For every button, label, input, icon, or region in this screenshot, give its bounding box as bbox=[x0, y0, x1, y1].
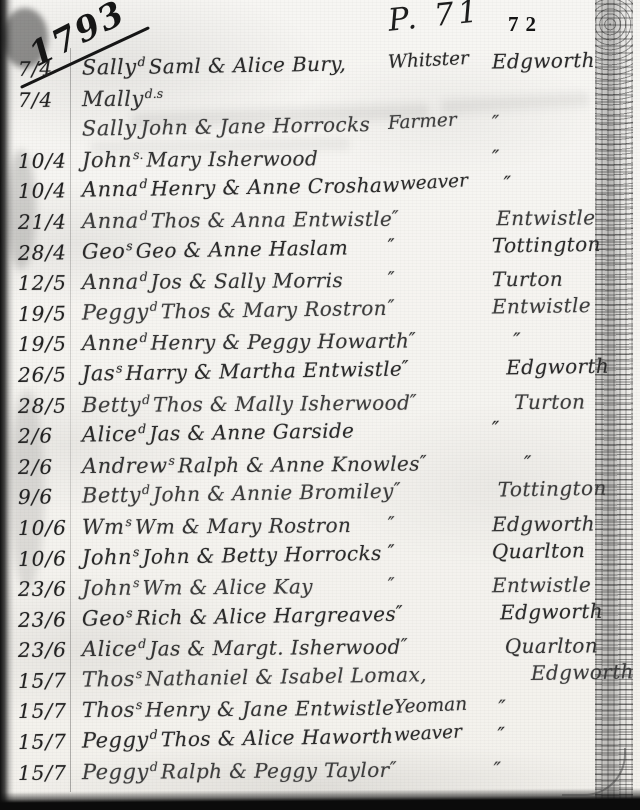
entry-names: AndrewsRalph & Anne Knowles bbox=[82, 451, 420, 478]
entry-names: PeggydThos & Mary Rostron bbox=[82, 295, 388, 324]
entry-names: BettydJohn & Annie Bromiley bbox=[82, 478, 394, 508]
place-name: Turton bbox=[492, 266, 604, 291]
place-name: Entwistle bbox=[496, 205, 608, 230]
place-name: ″ bbox=[492, 144, 604, 169]
occupation: ″ bbox=[387, 536, 492, 562]
place-name: Edgworth bbox=[506, 353, 618, 379]
entry-date: 23/6 bbox=[18, 606, 82, 631]
place-name: ″ bbox=[498, 694, 610, 719]
parents-names: Henry & Peggy Howarth bbox=[151, 329, 410, 355]
parents-names: Mary Isherwood bbox=[146, 146, 318, 171]
parents-names: Thos & Anna Entwistle bbox=[151, 207, 393, 233]
parents-names: John & Annie Bromiley bbox=[153, 479, 394, 507]
entry-names: AnnadThos & Anna Entwistle bbox=[82, 206, 392, 233]
child-name: John bbox=[82, 576, 132, 600]
child-name: Thos bbox=[82, 698, 135, 722]
parents-names: Geo & Anne Haslam bbox=[136, 235, 349, 262]
entry-date: 19/5 bbox=[18, 331, 82, 356]
entry-names: GeosGeo & Anne Haslam bbox=[82, 234, 388, 263]
handwritten-page-label: P. 71 bbox=[386, 0, 483, 39]
entry-date: 2/6 bbox=[18, 423, 82, 448]
entry-date: 10/4 bbox=[18, 178, 82, 203]
child-name: Geo bbox=[82, 239, 126, 264]
place-name: Quarlton bbox=[492, 537, 604, 563]
parents-names: Ralph & Peggy Taylor bbox=[161, 757, 390, 783]
relation-tag: d bbox=[150, 759, 158, 774]
place-name: Edgworth bbox=[492, 511, 604, 536]
register-entries: 7/4 SallydSaml & Alice Bury, Whitster Ed… bbox=[18, 56, 604, 790]
entry-date: 9/6 bbox=[18, 484, 82, 509]
place-name: Entwistle bbox=[492, 292, 604, 318]
parents-names: Saml & Alice Bury, bbox=[148, 52, 346, 79]
occupation: Farmer bbox=[387, 108, 492, 134]
place-name: ″ bbox=[504, 170, 616, 196]
child-name: Alice bbox=[82, 422, 138, 447]
entry-date: 7/4 bbox=[18, 87, 82, 112]
occupation bbox=[388, 158, 492, 162]
entry-date bbox=[18, 136, 82, 137]
parents-names: Henry & Jane Entwistle bbox=[145, 696, 394, 722]
child-name: Thos bbox=[82, 667, 135, 692]
entry-date: 15/7 bbox=[18, 729, 82, 754]
relation-tag: s bbox=[136, 697, 143, 712]
child-name: Anna bbox=[82, 177, 139, 202]
child-name: Sally bbox=[82, 55, 137, 80]
entry-date: 10/6 bbox=[18, 515, 82, 540]
occupation: Whitster bbox=[387, 46, 492, 72]
entry-names: BettydThos & Mally Isherwood bbox=[82, 389, 410, 416]
entry-date: 28/4 bbox=[18, 239, 82, 264]
entry-date: 2/6 bbox=[18, 454, 82, 479]
relation-tag: d bbox=[142, 482, 150, 497]
occupation: ″ bbox=[419, 448, 524, 473]
occupation: ″ bbox=[392, 203, 497, 228]
entry-date: 10/4 bbox=[18, 148, 82, 173]
scanned-register-page: 1793 P. 71 72 7/4 SallydSaml & Alice Bur… bbox=[0, 0, 640, 810]
entry-date: 15/7 bbox=[18, 760, 82, 785]
scan-left-edge-shadow bbox=[0, 0, 15, 810]
scan-bottom-black-band bbox=[0, 788, 640, 810]
parents-names: Harry & Martha Entwistle bbox=[125, 357, 402, 385]
entry-names: SallyJohn & Jane Horrocks bbox=[82, 111, 388, 140]
parents-names: Jos & Sally Morris bbox=[151, 268, 344, 294]
entry-names: JohnsJohn & Betty Horrocks bbox=[82, 540, 388, 569]
place-name: Edgworth bbox=[500, 598, 612, 624]
parents-names: Nathaniel & Isabel Lomax, bbox=[145, 662, 427, 690]
place-name: Entwistle bbox=[492, 572, 604, 597]
entry-names: Johns.Mary Isherwood bbox=[82, 145, 388, 172]
entry-names: JassHarry & Martha Entwistle bbox=[82, 356, 403, 386]
relation-tag: d bbox=[140, 208, 148, 223]
parents-names: Thos & Alice Haworth bbox=[161, 724, 394, 752]
occupation: ″ bbox=[388, 509, 493, 534]
occupation: Yeoman bbox=[394, 693, 499, 718]
entry-date: 10/6 bbox=[18, 545, 82, 570]
place-name: ″ bbox=[513, 327, 625, 352]
occupation: ″ bbox=[402, 352, 507, 378]
relation-tag: d bbox=[138, 636, 146, 651]
register-entry: 7/4 SallydSaml & Alice Bury, Whitster Ed… bbox=[18, 47, 604, 87]
child-name: Alice bbox=[82, 637, 137, 661]
place-name bbox=[492, 102, 604, 103]
relation-tag: d bbox=[150, 727, 158, 742]
entry-names: AnnedHenry & Peggy Howarth bbox=[82, 328, 409, 355]
occupation: ″ bbox=[389, 754, 494, 779]
place-name: Quarlton bbox=[505, 633, 617, 658]
parents-names: Rich & Alice Hargreaves bbox=[136, 601, 397, 629]
entry-date: 12/5 bbox=[18, 270, 82, 295]
entry-names: AlicedJas & Margt. Isherwood bbox=[82, 634, 401, 661]
child-name: Mally bbox=[82, 86, 144, 110]
entry-date: 28/5 bbox=[18, 393, 82, 418]
entry-date: 15/7 bbox=[18, 668, 82, 693]
child-name: John bbox=[82, 544, 132, 569]
relation-tag: s bbox=[125, 514, 132, 529]
parents-names: Henry & Anne Croshaw bbox=[151, 173, 400, 201]
entry-names: WmsWm & Mary Rostron bbox=[82, 512, 388, 539]
child-name: John bbox=[82, 148, 132, 172]
relation-tag: d bbox=[140, 269, 148, 284]
relation-tag: d bbox=[140, 330, 148, 345]
occupation: ″ bbox=[393, 475, 498, 501]
entry-date: 19/5 bbox=[18, 300, 82, 325]
entry-names: AnnadJos & Sally Morris bbox=[82, 267, 388, 294]
relation-tag: s bbox=[133, 544, 140, 559]
occupation: ″ bbox=[388, 570, 493, 595]
place-name: ″ bbox=[492, 109, 604, 135]
printed-page-number: 72 bbox=[508, 12, 543, 37]
place-name: ″ bbox=[492, 415, 604, 441]
child-name: Anna bbox=[82, 270, 139, 294]
entry-names: PeggydRalph & Peggy Taylor bbox=[82, 757, 390, 784]
child-name: Betty bbox=[82, 483, 141, 508]
relation-tag: s bbox=[126, 605, 133, 620]
relation-tag: d bbox=[137, 54, 145, 69]
occupation: ″ bbox=[410, 386, 515, 411]
entry-date: 23/6 bbox=[18, 576, 82, 601]
parents-names: Wm & Mary Rostron bbox=[135, 513, 352, 539]
occupation: ″ bbox=[400, 631, 505, 656]
relation-tag: d bbox=[138, 421, 146, 436]
relation-tag: s bbox=[126, 238, 133, 253]
child-name: Anna bbox=[82, 209, 139, 233]
relation-tag: s. bbox=[133, 147, 144, 162]
relation-tag: d.s bbox=[145, 85, 164, 100]
relation-tag: d bbox=[150, 299, 158, 314]
relation-tag: s bbox=[168, 452, 175, 467]
occupation: ″ bbox=[396, 597, 501, 623]
entry-names: PeggydThos & Alice Haworth bbox=[82, 723, 394, 753]
place-name: Tottington bbox=[498, 476, 610, 502]
relation-tag: s bbox=[133, 575, 140, 590]
relation-tag: d bbox=[142, 391, 150, 406]
relation-tag: d bbox=[139, 176, 147, 191]
parents-names: Wm & Alice Kay bbox=[142, 574, 313, 599]
entry-names: JohnsWm & Alice Kay bbox=[82, 573, 388, 600]
entry-names: AlicedJas & Anne Garside bbox=[82, 417, 388, 446]
occupation: ″ bbox=[387, 230, 492, 256]
parents-names: John & Jane Horrocks bbox=[140, 112, 370, 140]
occupation: ″ bbox=[388, 264, 493, 289]
child-name: Jas bbox=[82, 361, 116, 386]
occupation bbox=[427, 674, 531, 679]
occupation bbox=[388, 430, 492, 435]
place-name: Tottington bbox=[492, 231, 604, 257]
child-name: Peggy bbox=[82, 299, 149, 324]
entry-names: Mallyd.s bbox=[82, 84, 388, 111]
entry-names: ThossNathaniel & Isabel Lomax, bbox=[82, 661, 427, 691]
occupation: ″ bbox=[409, 325, 514, 350]
parents-names: Thos & Mary Rostron bbox=[161, 296, 388, 324]
place-name: Edgworth bbox=[531, 659, 640, 685]
occupation: ″ bbox=[387, 291, 492, 317]
entry-names: GeosRich & Alice Hargreaves bbox=[82, 601, 396, 631]
entry-names: AnnadHenry & Anne Croshaw bbox=[82, 172, 400, 202]
place-name: Turton bbox=[514, 388, 626, 413]
place-name: ″ bbox=[497, 720, 609, 746]
occupation: weaver bbox=[399, 169, 504, 195]
entry-names: ThossHenry & Jane Entwistle bbox=[82, 696, 394, 723]
relation-tag: s bbox=[116, 360, 123, 375]
relation-tag: s bbox=[136, 666, 143, 681]
place-name: ″ bbox=[524, 450, 636, 475]
register-entry: 15/7 PeggydRalph & Peggy Taylor ″ ″ bbox=[18, 755, 604, 790]
entry-date: 26/5 bbox=[18, 362, 82, 387]
entry-date: 21/4 bbox=[18, 209, 82, 234]
parents-names: Jas & Anne Garside bbox=[149, 418, 354, 445]
entry-names: SallydSaml & Alice Bury, bbox=[82, 50, 388, 79]
child-name: Betty bbox=[82, 392, 141, 416]
child-name: Peggy bbox=[82, 759, 149, 784]
entry-date: 15/7 bbox=[18, 699, 82, 724]
place-name: ″ bbox=[493, 756, 605, 781]
parents-names: Jas & Margt. Isherwood bbox=[149, 635, 401, 661]
child-name: Peggy bbox=[82, 728, 149, 753]
entry-date: 7/4 bbox=[18, 56, 82, 81]
parents-names: Thos & Mally Isherwood bbox=[153, 390, 410, 416]
entry-date: 23/6 bbox=[18, 637, 82, 662]
place-name: Edgworth bbox=[492, 47, 604, 73]
child-name: Geo bbox=[82, 606, 126, 631]
occupation: weaver bbox=[393, 719, 498, 745]
parents-names: John & Betty Horrocks bbox=[142, 540, 382, 568]
occupation bbox=[388, 97, 492, 101]
child-name: Wm bbox=[82, 515, 125, 539]
child-name: Andrew bbox=[82, 453, 168, 478]
child-name: Sally bbox=[82, 116, 137, 141]
child-name: Anne bbox=[82, 331, 139, 355]
parents-names: Ralph & Anne Knowles bbox=[178, 451, 420, 477]
